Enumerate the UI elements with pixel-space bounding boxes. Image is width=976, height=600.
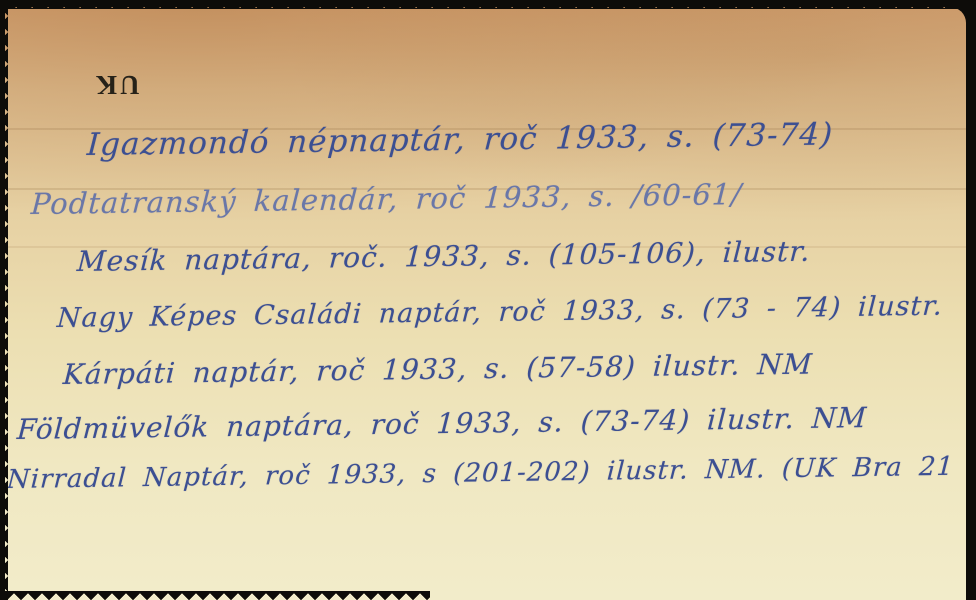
handwritten-line-5: Kárpáti naptár, roč 1933, s. (57-58) ilu… <box>62 348 814 391</box>
handwritten-line-4: Nagy Képes Családi naptár, roč 1933, s. … <box>56 291 944 334</box>
handwritten-line-2: Podtatranský kalendár, roč 1933, s. /60-… <box>30 177 743 221</box>
perforated-edge-top <box>0 0 976 9</box>
index-card-paper: UK Igazmondó népnaptár, roč 1933, s. (73… <box>5 7 966 600</box>
handwritten-line-6: Földmüvelők naptára, roč 1933, s. (73-74… <box>16 401 868 446</box>
scanned-catalog-card: UK Igazmondó népnaptár, roč 1933, s. (73… <box>0 0 976 600</box>
perforated-edge-left <box>0 0 8 600</box>
handwritten-line-1: Igazmondó népnaptár, roč 1933, s. (73-74… <box>86 117 834 163</box>
perforated-edge-bottom <box>0 591 430 600</box>
handwritten-line-7: Nirradal Naptár, roč 1933, s (201-202) i… <box>6 450 976 495</box>
library-stamp-upside-down: UK <box>93 69 140 100</box>
handwritten-line-3: Mesík naptára, roč. 1933, s. (105-106), … <box>76 235 811 278</box>
scan-border-right <box>966 0 976 600</box>
